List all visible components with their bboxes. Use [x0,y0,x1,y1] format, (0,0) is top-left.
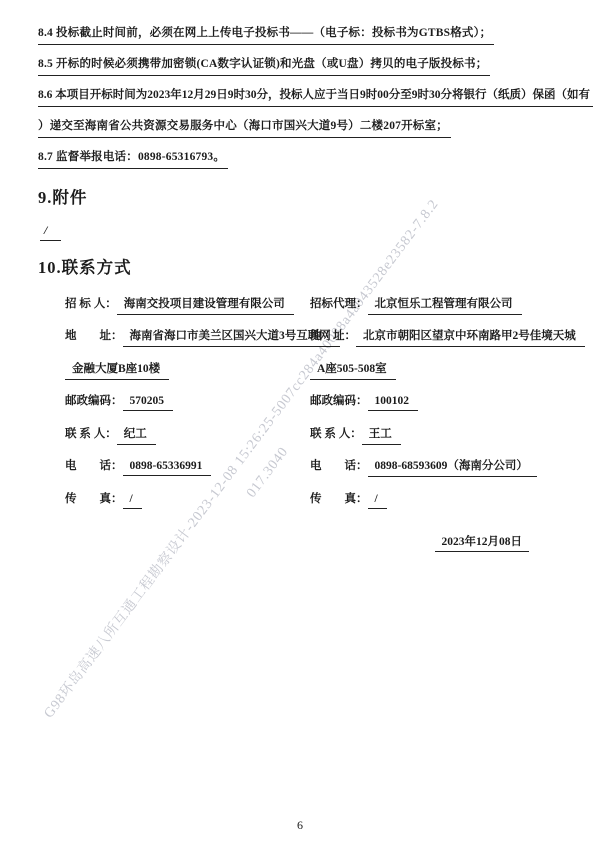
tenderee-fax-label: 传 真： [65,490,123,506]
tenderee-zip-row: 邮政编码： 570205 [65,392,310,409]
tenderee-name-value: 海南交投项目建设管理有限公司 [117,295,294,315]
tenderee-phone-label: 电 话： [65,457,123,473]
agency-phone-label: 电 话： [310,457,368,473]
heading-contact: 10.联系方式 [38,254,562,278]
agency-phone-value: 0898-68593609（海南分公司） [368,457,537,477]
tenderee-person-value: 纪工 [117,425,156,445]
agency-address-row: 地 址： 北京市朝阳区望京中环南路甲2号佳境天城 [310,327,585,344]
agency-phone-row: 电 话： 0898-68593609（海南分公司） [310,457,585,474]
agency-name-row: 招标代理： 北京恒乐工程管理有限公司 [310,295,585,312]
contact-block: 招 标 人： 海南交投项目建设管理有限公司 地 址： 海南省海口市美兰区国兴大道… [65,295,562,523]
agency-person-value: 王工 [362,425,401,445]
tenderee-phone-row: 电 话： 0898-65336991 [65,457,310,474]
tenderee-name-row: 招 标 人： 海南交投项目建设管理有限公司 [65,295,310,312]
document-page: { "watermark": { "line1": "G98环岛高速八所互通工程… [0,0,600,849]
tenderee-address-row: 地 址： 海南省海口市美兰区国兴大道3号互联网 [65,327,310,344]
agency-person-row: 联 系 人： 王工 [310,425,585,442]
agency-zip-row: 邮政编码： 100102 [310,392,585,409]
tenderee-person-row: 联 系 人： 纪工 [65,425,310,442]
tenderee-zip-value: 570205 [123,395,174,411]
agency-name-label: 招标代理： [310,295,368,311]
contact-column-agency: 招标代理： 北京恒乐工程管理有限公司 地 址： 北京市朝阳区望京中环南路甲2号佳… [310,295,585,523]
clause-8-5: 8.5 开标的时候必须携带加密锁(CA数字认证锁)和光盘（或U盘）拷贝的电子版投… [38,58,490,76]
agency-address-row2: A座505-508室 [310,360,585,377]
page-number: 6 [0,818,600,833]
clause-8-6-line1: 8.6 本项目开标时间为2023年12月29日9时30分，投标人应于当日9时00… [38,89,593,107]
agency-address-label: 地 址： [310,327,356,343]
tenderee-address-row2: 金融大厦B座10楼 [65,360,310,377]
agency-fax-row: 传 真： / [310,490,585,507]
clause-8-4: 8.4 投标截止时间前，必须在网上上传电子投标书——（电子标：投标书为GTBS格… [38,27,494,45]
page-content: 8.4 投标截止时间前，必须在网上上传电子投标书——（电子标：投标书为GTBS格… [0,0,600,549]
attachments-value: / [40,223,61,241]
tenderee-address-value2: 金融大厦B座10楼 [65,360,169,380]
tenderee-fax-value: / [123,493,142,509]
agency-zip-value: 100102 [368,395,419,411]
tenderee-name-label: 招 标 人： [65,295,117,311]
document-date: 2023年12月08日 [435,536,530,552]
clause-8-6-line2: ）递交至海南省公共资源交易服务中心（海口市国兴大道9号）二楼207开标室； [38,120,451,138]
agency-address-value: 北京市朝阳区望京中环南路甲2号佳境天城 [356,327,585,347]
agency-fax-label: 传 真： [310,490,368,506]
tenderee-phone-value: 0898-65336991 [123,460,212,476]
contact-column-tenderee: 招 标 人： 海南交投项目建设管理有限公司 地 址： 海南省海口市美兰区国兴大道… [65,295,310,523]
agency-address-value2: A座505-508室 [310,360,396,380]
document-date-row: 2023年12月08日 [38,533,562,549]
agency-fax-value: / [368,493,387,509]
agency-name-value: 北京恒乐工程管理有限公司 [368,295,522,315]
tenderee-fax-row: 传 真： / [65,490,310,507]
clause-8-7: 8.7 监督举报电话：0898-65316793。 [38,151,228,169]
agency-person-label: 联 系 人： [310,425,362,441]
tenderee-zip-label: 邮政编码： [65,392,123,408]
tenderee-address-value: 海南省海口市美兰区国兴大道3号互联网 [123,327,340,347]
tenderee-address-label: 地 址： [65,327,123,343]
tenderee-person-label: 联 系 人： [65,425,117,441]
heading-attachments: 9.附件 [38,184,562,208]
agency-zip-label: 邮政编码： [310,392,368,408]
